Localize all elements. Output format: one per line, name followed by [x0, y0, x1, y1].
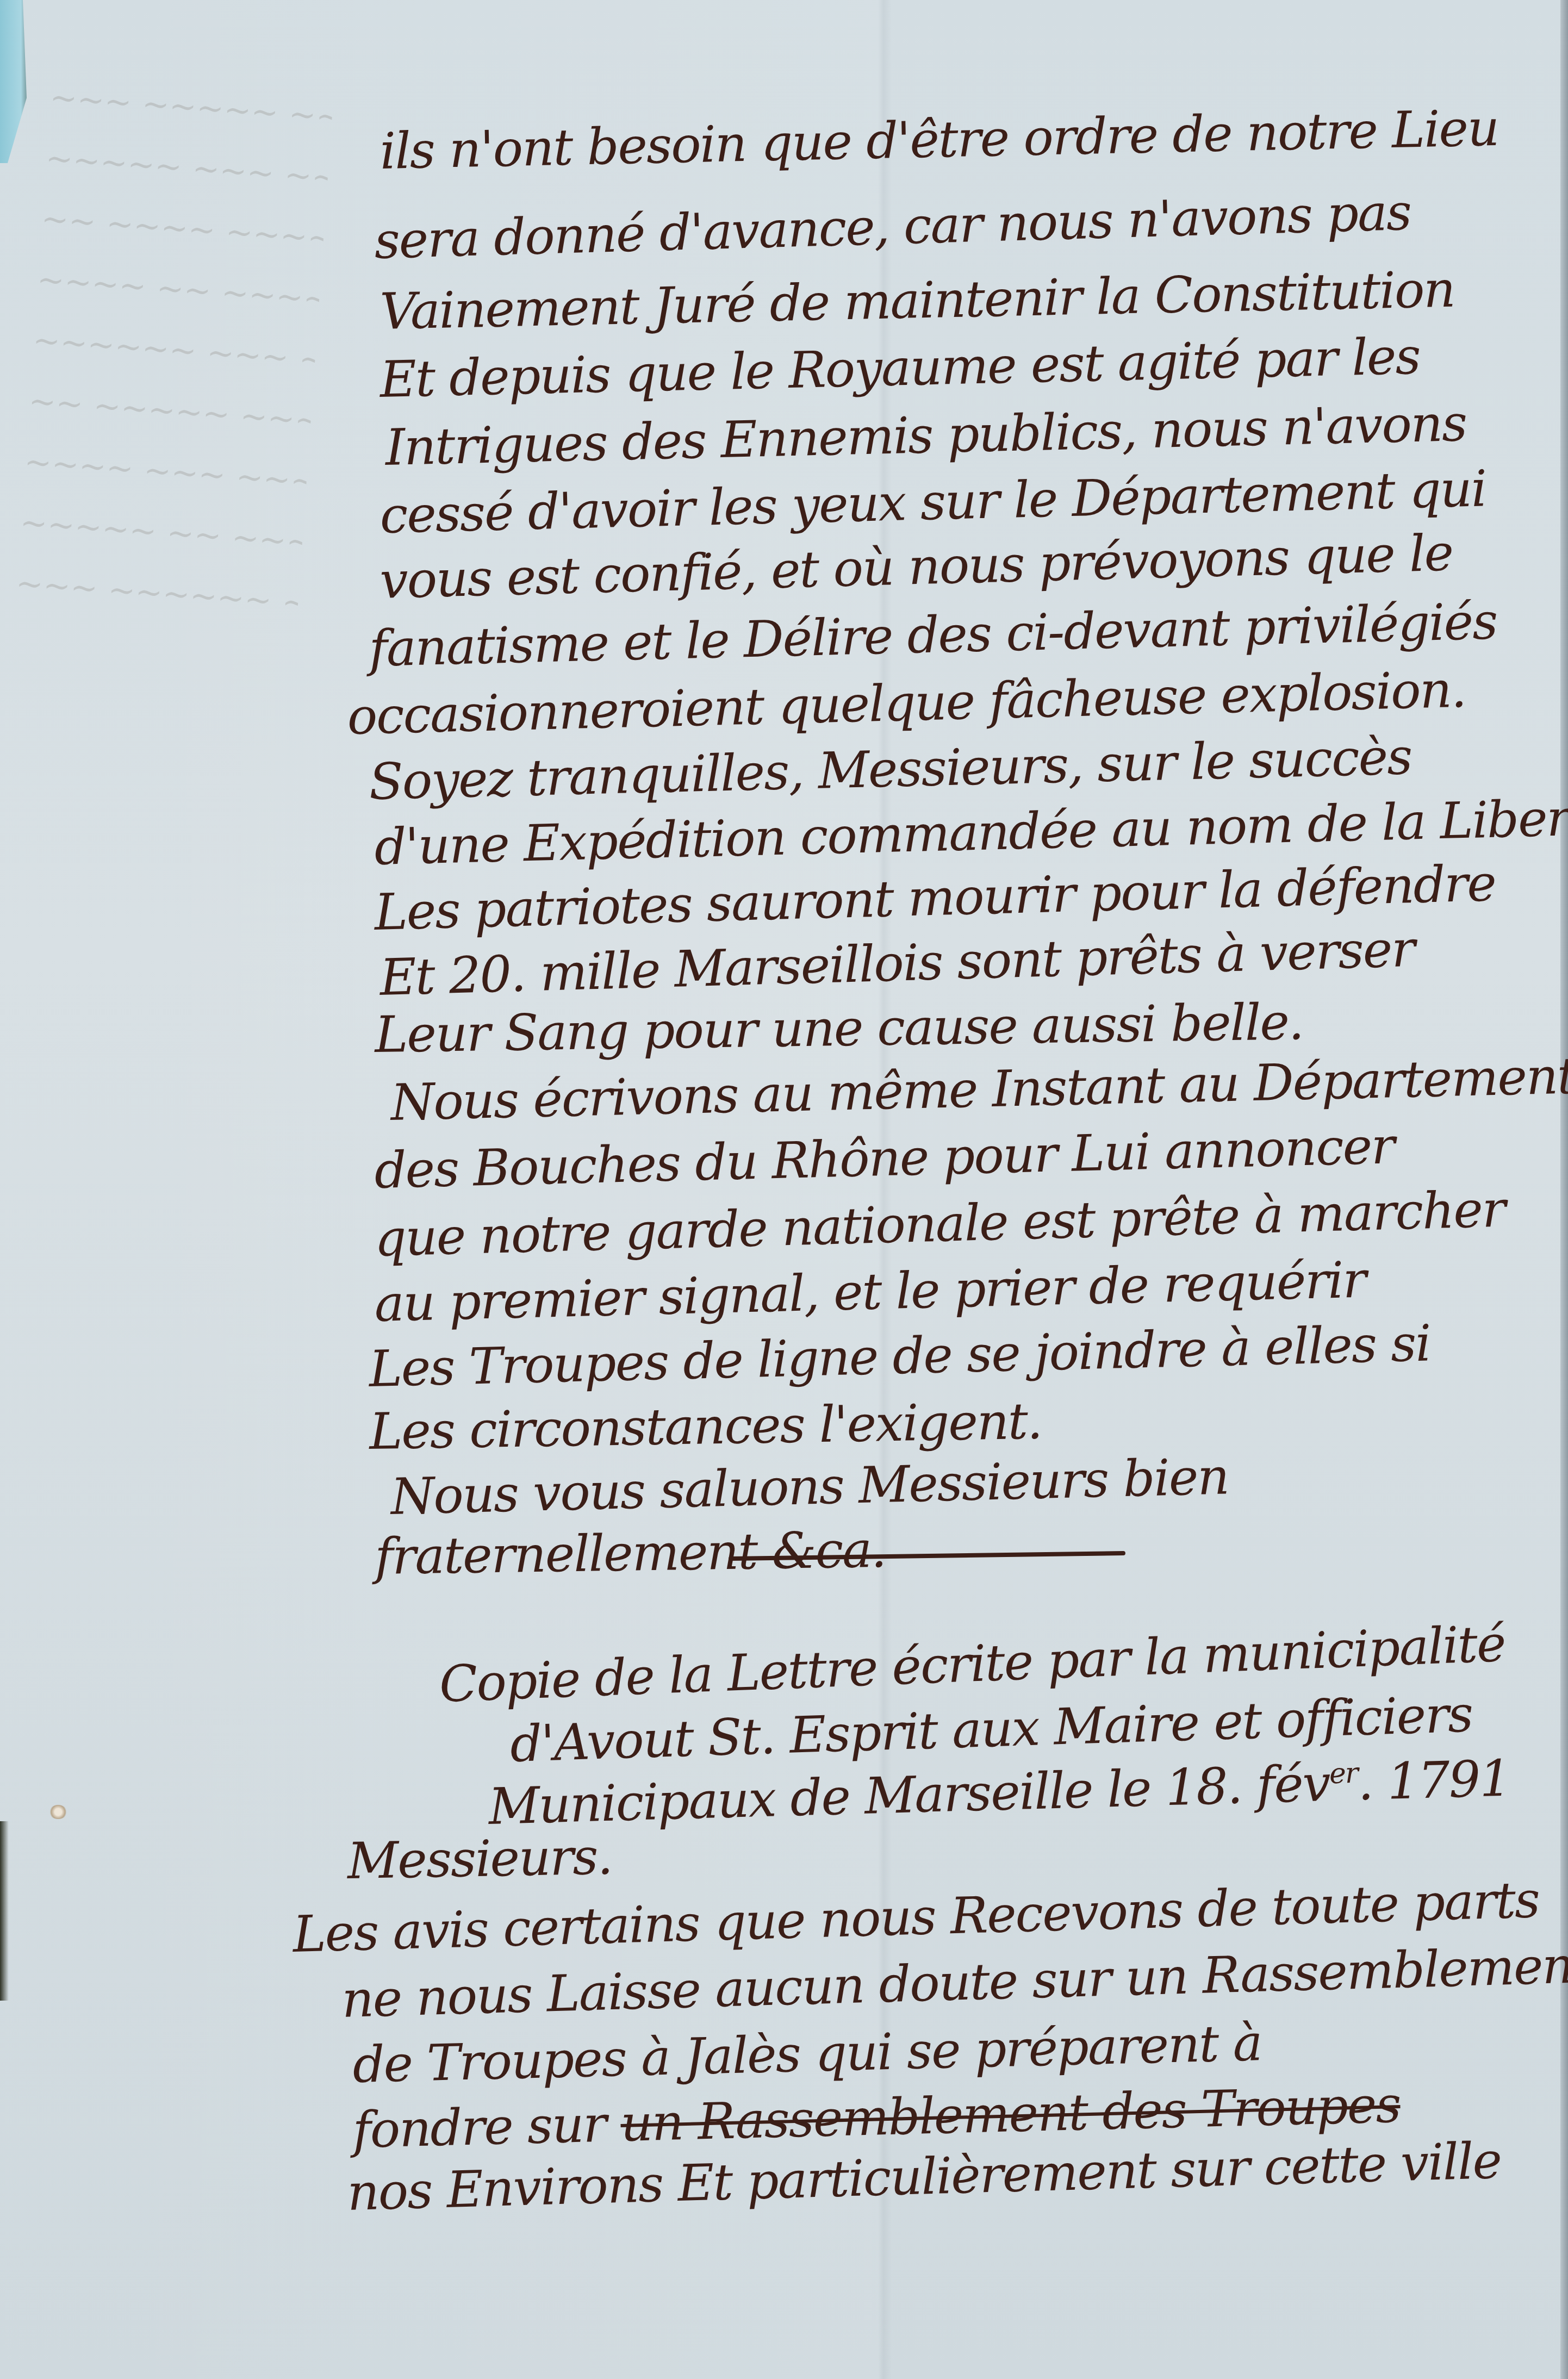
binding-shadow — [0, 1821, 9, 2001]
salutation: Messieurs. — [347, 1828, 612, 1890]
bleed-through-text: ~~~ ~~~~~ ~~ ~~~~~~~~ ~~~ ~~~~~~ ~~~~ ~~… — [14, 67, 334, 633]
date-superscript: er — [1329, 1757, 1358, 1790]
paper-edge — [1560, 0, 1568, 2379]
date-year: . 1791 — [1357, 1749, 1511, 1812]
letter-line-text: fondre sur — [352, 2095, 621, 2159]
closing-line: fraternellement &ca. — [375, 1521, 886, 1586]
paper-hole — [49, 1805, 67, 1819]
letter-line: Les circonstances l'exigent. — [369, 1392, 1042, 1461]
